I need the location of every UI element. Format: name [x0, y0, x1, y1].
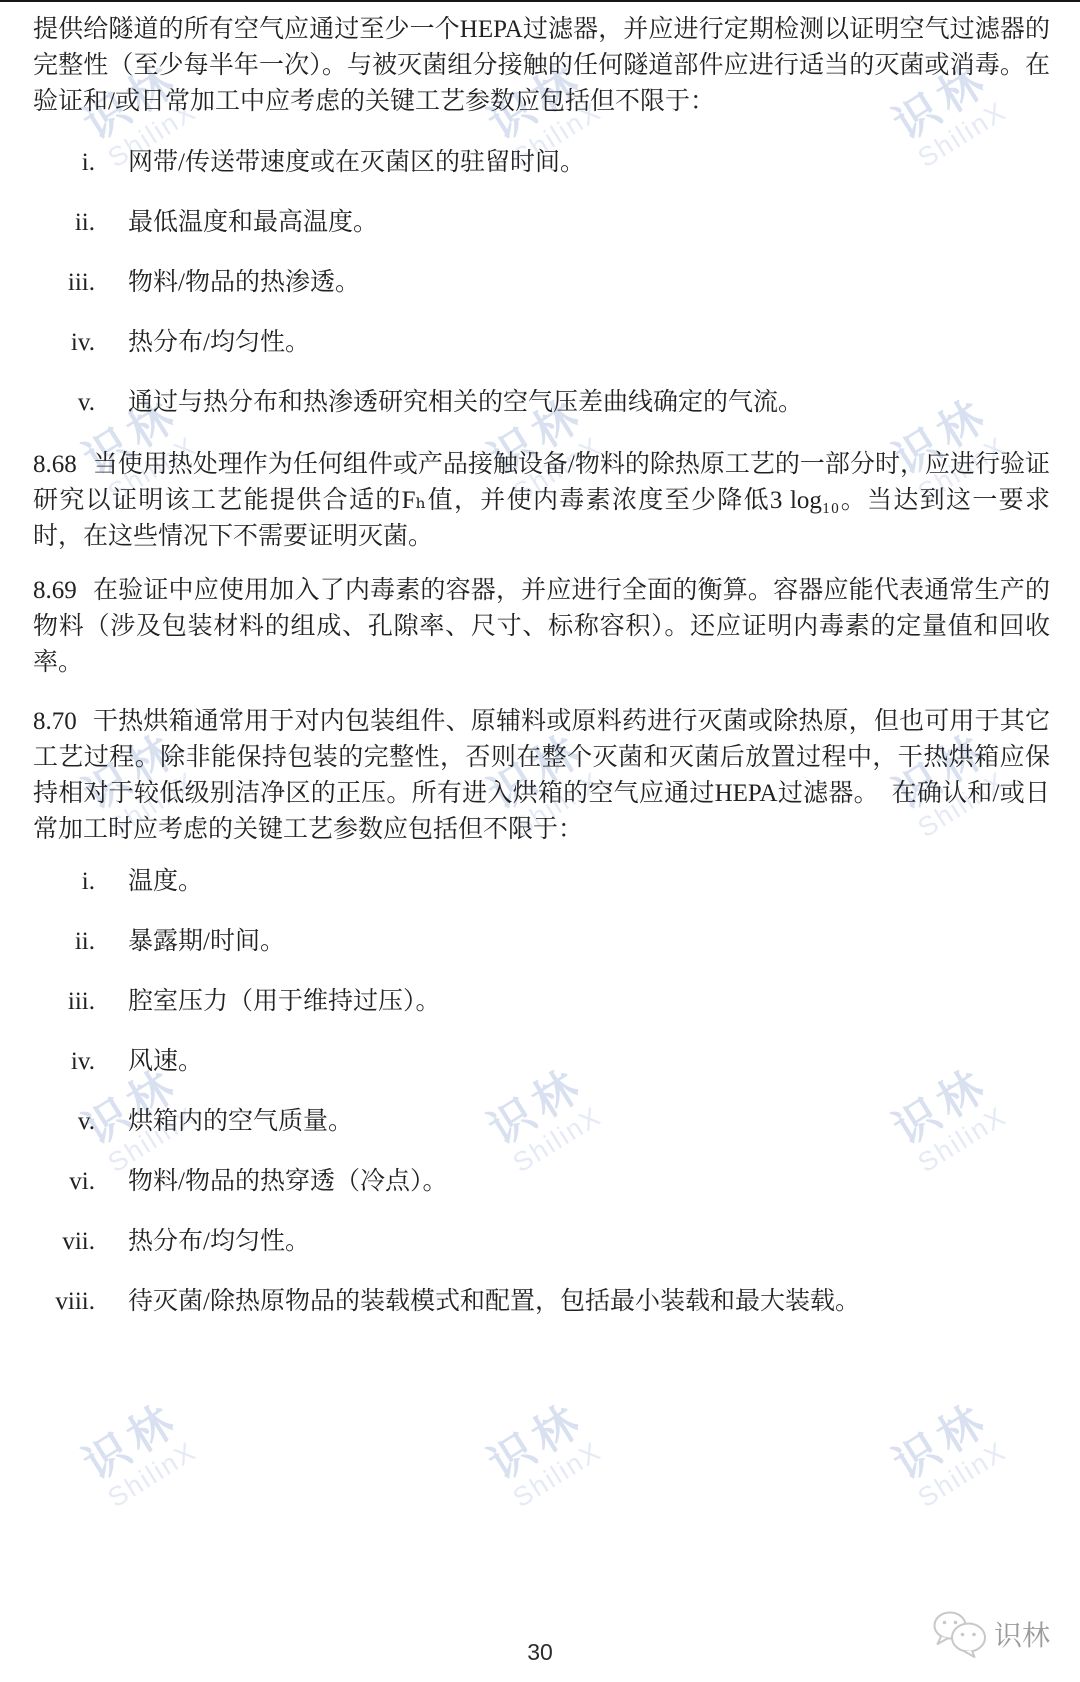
list-item: i.温度。 — [33, 864, 1050, 900]
list-item-text: 腔室压力（用于维持过压）。 — [128, 984, 1050, 1020]
list-item: ii.暴露期/时间。 — [33, 924, 1050, 960]
list-item-text: 烘箱内的空气质量。 — [128, 1104, 1050, 1140]
list-item-text: 最低温度和最高温度。 — [128, 205, 1050, 241]
list-item-text: 暴露期/时间。 — [128, 924, 1050, 960]
page-number: 30 — [0, 1639, 1080, 1666]
section-number: 8.69 — [33, 577, 77, 604]
list-marker: viii. — [33, 1284, 95, 1320]
list-item-text: 风速。 — [128, 1044, 1050, 1080]
section-8-68: 8.68当使用热处理作为任何组件或产品接触设备/物料的除热原工艺的一部分时，应进… — [33, 447, 1050, 555]
list-item-text: 待灭菌/除热原物品的装载模式和配置，包括最小装载和最大装载。 — [128, 1284, 1050, 1320]
document-page: 识林ShilinX 识林ShilinX 识林ShilinX 识林ShilinX … — [0, 0, 1080, 1682]
section-number: 8.70 — [33, 708, 77, 735]
brand-logo: 识林 — [931, 1610, 1050, 1658]
list-item-text: 物料/物品的热渗透。 — [128, 265, 1050, 301]
list-item-text: 通过与热分布和热渗透研究相关的空气压差曲线确定的气流。 — [128, 385, 1050, 421]
list-item-text: 热分布/均匀性。 — [128, 1224, 1050, 1260]
list-marker: vii. — [33, 1224, 95, 1260]
list-marker: vi. — [33, 1164, 95, 1200]
list-item: iii.腔室压力（用于维持过压）。 — [33, 984, 1050, 1020]
watermark: 识林ShilinX — [77, 1397, 203, 1514]
list-item: v.烘箱内的空气质量。 — [33, 1104, 1050, 1140]
list-marker: i. — [33, 145, 95, 181]
list-marker: iii. — [33, 265, 95, 301]
list-marker: iii. — [33, 984, 95, 1020]
watermark: 识林ShilinX — [482, 1397, 608, 1514]
list-item-text: 热分布/均匀性。 — [128, 325, 1050, 361]
list-item-text: 温度。 — [128, 864, 1050, 900]
list-marker: iv. — [33, 325, 95, 361]
list-tunnel-parameters: i.网带/传送带速度或在灭菌区的驻留时间。 ii.最低温度和最高温度。 iii.… — [33, 145, 1050, 421]
page-top-edge — [0, 0, 1080, 2]
list-marker: v. — [33, 1104, 95, 1140]
watermark: 识林ShilinX — [887, 1397, 1013, 1514]
section-number: 8.68 — [33, 451, 77, 478]
list-item: iv.热分布/均匀性。 — [33, 325, 1050, 361]
list-item: ii.最低温度和最高温度。 — [33, 205, 1050, 241]
paragraph-tunnel-intro: 提供给隧道的所有空气应通过至少一个HEPA过滤器，并应进行定期检测以证明空气过滤… — [33, 12, 1050, 120]
list-marker: ii. — [33, 924, 95, 960]
list-item: viii.待灭菌/除热原物品的装载模式和配置，包括最小装载和最大装载。 — [33, 1284, 1050, 1320]
list-item-text: 网带/传送带速度或在灭菌区的驻留时间。 — [128, 145, 1050, 181]
list-oven-parameters: i.温度。 ii.暴露期/时间。 iii.腔室压力（用于维持过压）。 iv.风速… — [33, 864, 1050, 1320]
list-item: iv.风速。 — [33, 1044, 1050, 1080]
list-marker: v. — [33, 385, 95, 421]
section-text: 干热烘箱通常用于对内包装组件、原辅料或原料药进行灭菌或除热原，但也可用于其它工艺… — [33, 708, 1050, 843]
document-body: 提供给隧道的所有空气应通过至少一个HEPA过滤器，并应进行定期检测以证明空气过滤… — [33, 12, 1050, 1344]
list-item: v.通过与热分布和热渗透研究相关的空气压差曲线确定的气流。 — [33, 385, 1050, 421]
wechat-icon — [931, 1610, 987, 1658]
list-item: vii.热分布/均匀性。 — [33, 1224, 1050, 1260]
section-8-69: 8.69在验证中应使用加入了内毒素的容器，并应进行全面的衡算。容器应能代表通常生… — [33, 573, 1050, 681]
list-marker: iv. — [33, 1044, 95, 1080]
list-marker: i. — [33, 864, 95, 900]
paragraph-text: 提供给隧道的所有空气应通过至少一个HEPA过滤器，并应进行定期检测以证明空气过滤… — [33, 16, 1050, 115]
list-marker: ii. — [33, 205, 95, 241]
section-8-70: 8.70干热烘箱通常用于对内包装组件、原辅料或原料药进行灭菌或除热原，但也可用于… — [33, 704, 1050, 848]
section-text: 在验证中应使用加入了内毒素的容器，并应进行全面的衡算。容器应能代表通常生产的物料… — [33, 577, 1050, 676]
brand-name: 识林 — [994, 1614, 1050, 1654]
list-item-text: 物料/物品的热穿透（冷点）。 — [128, 1164, 1050, 1200]
list-item: i.网带/传送带速度或在灭菌区的驻留时间。 — [33, 145, 1050, 181]
section-text: 当使用热处理作为任何组件或产品接触设备/物料的除热原工艺的一部分时，应进行验证研… — [33, 451, 1050, 550]
list-item: vi.物料/物品的热穿透（冷点）。 — [33, 1164, 1050, 1200]
list-item: iii.物料/物品的热渗透。 — [33, 265, 1050, 301]
